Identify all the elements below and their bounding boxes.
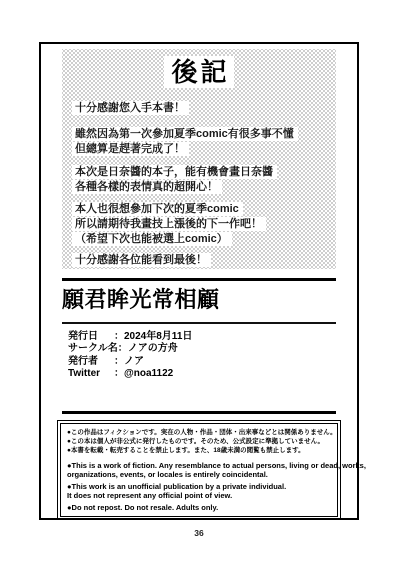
afterword-paragraph: 本次是日奈醬的本子，能有機會畫日奈醬 各種各樣的表情真的超開心！: [72, 164, 326, 194]
doujinshi-afterword-page: 後記 十分感謝您入手本書！ 雖然因為第一次參加夏季comic有很多事不懂 但總算…: [0, 0, 400, 565]
disclaimer-english: ●This is a work of fiction. Any resembla…: [67, 461, 331, 479]
colophon-row: サークル名：ノアの方舟: [68, 343, 336, 356]
page-number: 36: [39, 528, 359, 538]
afterword-paragraph: 本人也很想參加下次的夏季comic 所以請期待我畫技上漲後的下一作吧！ （希望下…: [72, 201, 326, 246]
afterword-paragraph: 十分感謝各位能看到最後！: [72, 252, 326, 267]
afterword-line: 本次是日奈醬的本子，能有機會畫日奈醬: [72, 165, 277, 179]
disclaimer-line: ●この本は個人が非公式に発行したものです。そのため、公式設定に準拠していません。: [67, 437, 331, 446]
colophon-row: 発行者：ノア: [68, 356, 336, 369]
colophon-colon: ：: [118, 343, 128, 354]
disclaimer-box: ●この作品はフィクションです。実在の人物・作品・団体・出来事などとは関係ありませ…: [57, 420, 341, 520]
afterword-line: 但總算是趕著完成了！: [72, 142, 189, 156]
disclaimer-line: ●This work is an unofficial publication …: [67, 482, 331, 491]
afterword-panel: 後記 十分感謝您入手本書！ 雖然因為第一次參加夏季comic有很多事不懂 但總算…: [62, 49, 336, 269]
afterword-line: 十分感謝各位能看到最後！: [72, 253, 211, 267]
colophon-colon: ：: [114, 331, 124, 342]
colophon-info: 発行日：2024年8月11日 サークル名：ノアの方舟 発行者：ノア Twitte…: [68, 331, 336, 381]
page-frame: 後記 十分感謝您入手本書！ 雖然因為第一次參加夏季comic有很多事不懂 但總算…: [39, 42, 359, 520]
afterword-line: （希望下次也能被選上comic）: [72, 232, 232, 246]
colophon-label: 発行日: [68, 331, 114, 344]
disclaimer-japanese: ●この作品はフィクションです。実在の人物・作品・団体・出来事などとは関係ありませ…: [67, 428, 331, 455]
disclaimer-line: ●この作品はフィクションです。実在の人物・作品・団体・出来事などとは関係ありませ…: [67, 428, 331, 437]
colophon-value: ノアの方舟: [128, 343, 178, 354]
afterword-line: 雖然因為第一次參加夏季comic有很多事不懂: [72, 127, 298, 141]
colophon-label: サークル名: [68, 343, 118, 356]
afterword-title: 後記: [164, 56, 233, 88]
colophon-row: 発行日：2024年8月11日: [68, 331, 336, 344]
disclaimer-line: organizations, events, or locales is ent…: [67, 470, 331, 479]
afterword-line: 十分感謝您入手本書！: [72, 101, 189, 115]
disclaimer-line: ●This is a work of fiction. Any resembla…: [67, 461, 331, 470]
colophon-colon: ：: [114, 356, 124, 367]
colophon-colon: ：: [114, 368, 124, 379]
disclaimer-line: ●Do not repost. Do not resale. Adults on…: [67, 503, 331, 512]
divider-thin: [62, 322, 336, 324]
colophon-twitter-handle: @noa1122: [124, 368, 173, 379]
afterword-line: 各種各樣的表情真的超開心！: [72, 180, 222, 194]
colophon-row: Twitter：@noa1122: [68, 368, 336, 381]
book-title: 願君眸光常相顧: [62, 286, 336, 314]
disclaimer-english: ●This work is an unofficial publication …: [67, 482, 331, 500]
disclaimer-line: ●本書を転載・転売することを禁止します。また、18歳未満の閲覧も禁止します。: [67, 446, 331, 455]
afterword-title-row: 後記: [72, 56, 326, 88]
colophon-value: ノア: [124, 356, 144, 367]
colophon-value: 2024年8月11日: [124, 331, 192, 342]
afterword-line: 本人也很想參加下次的夏季comic: [72, 202, 243, 216]
divider-thick-bottom: [62, 411, 336, 415]
disclaimer-box-inner: ●この作品はフィクションです。実在の人物・作品・団体・出来事などとは関係ありませ…: [60, 423, 338, 517]
afterword-paragraph: 十分感謝您入手本書！: [72, 100, 326, 115]
disclaimer-line: It does not represent any official point…: [67, 491, 331, 500]
afterword-paragraph: 雖然因為第一次參加夏季comic有很多事不懂 但總算是趕著完成了！: [72, 126, 326, 156]
afterword-line: 所以請期待我畫技上漲後的下一作吧！: [72, 217, 266, 231]
colophon-label: 発行者: [68, 356, 114, 369]
colophon-label: Twitter: [68, 368, 114, 381]
divider-thick-top: [62, 278, 336, 281]
disclaimer-english: ●Do not repost. Do not resale. Adults on…: [67, 503, 331, 512]
